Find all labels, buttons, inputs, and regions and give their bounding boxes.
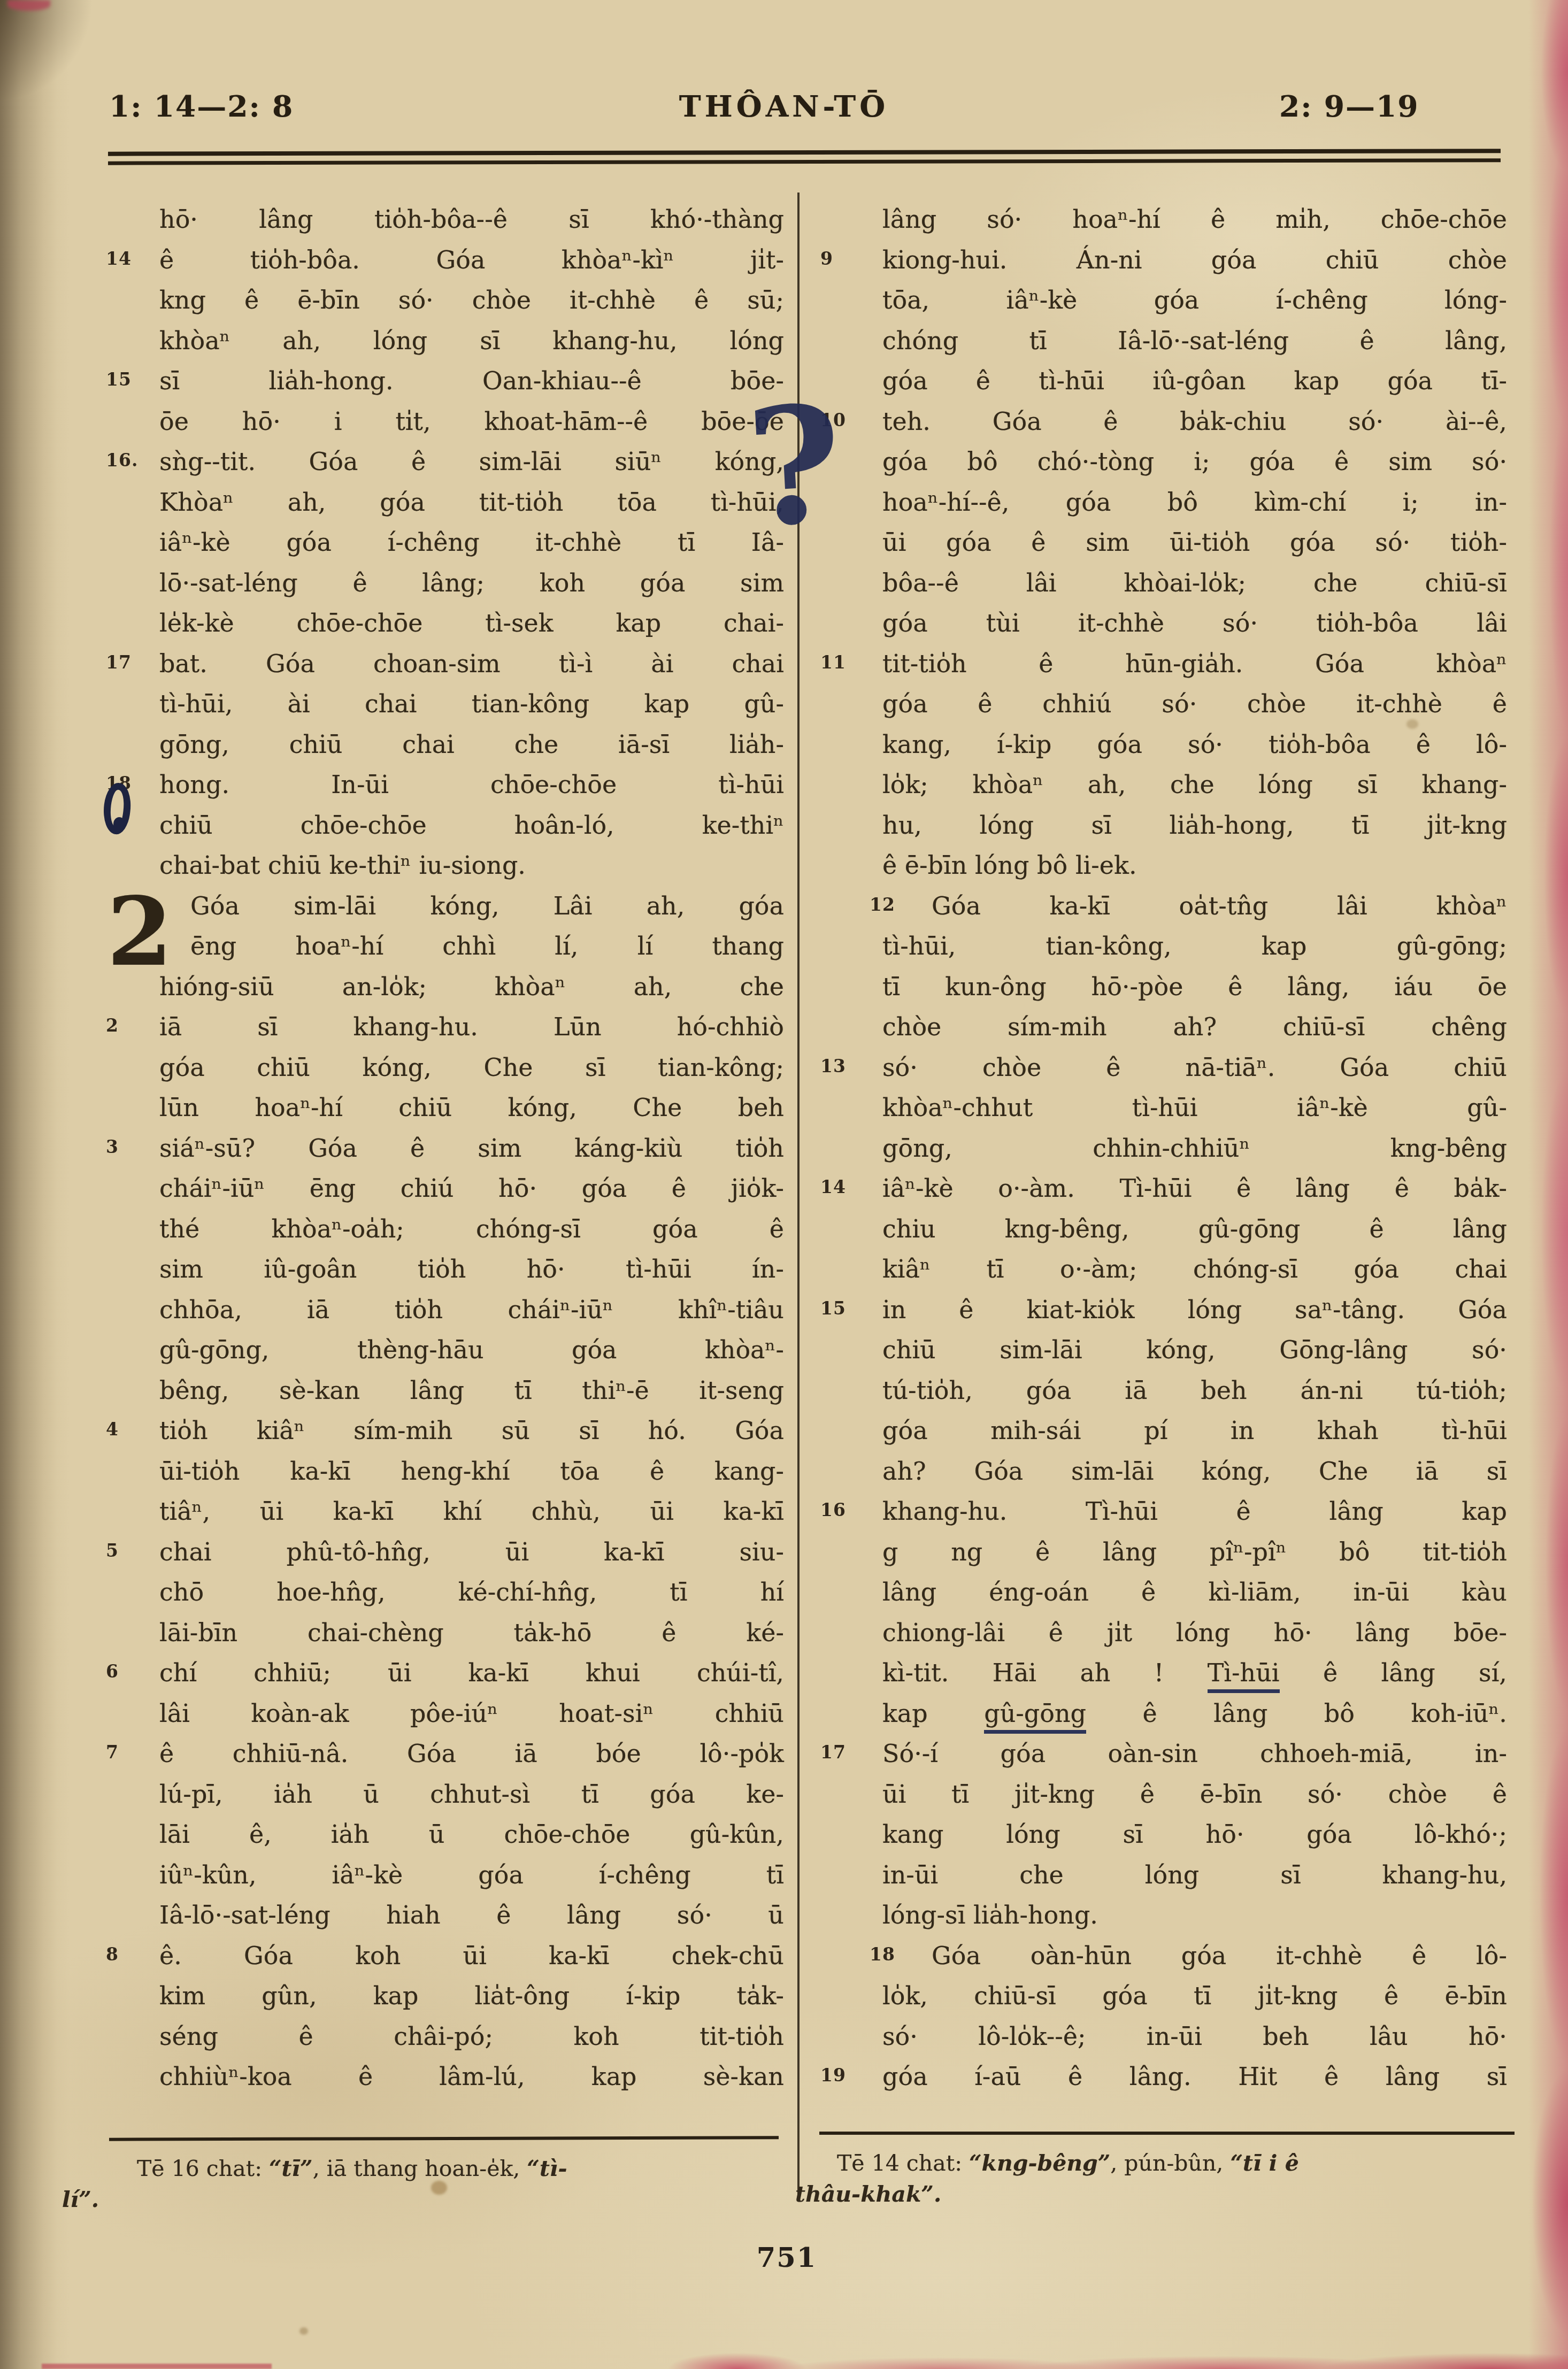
verse-number: 15: [106, 369, 141, 390]
footnote-line: thâu-khak”.: [795, 2179, 1523, 2210]
verse-number: 7: [106, 1742, 141, 1763]
text-line: ê tio̍h-bôa. Góa khòaⁿ-kìⁿ ji̍t-14: [159, 245, 784, 286]
text-line: lo̍k; khòaⁿ ah, che lóng sī khang-: [882, 770, 1507, 811]
verse-number: 18: [820, 1944, 859, 1965]
text-line: góa chiū kóng, Che sī tian-kông;: [159, 1053, 784, 1094]
text-line: ēng hoaⁿ-hí chhì lí, lí thang: [159, 932, 784, 972]
text-line: khòaⁿ ah, lóng sī khang-hu, lóng: [159, 326, 784, 367]
verse-number: 5: [106, 1540, 141, 1561]
verse-number: 2: [106, 1015, 141, 1036]
text-line: tit-tio̍h ê hūn-gia̍h. Góa khòaⁿ11: [882, 649, 1507, 690]
verse-number: 14: [820, 1176, 859, 1197]
text-line: bat. Góa choan-sim tì-ì ài chai17: [159, 649, 784, 690]
footnote-line: Tē 14 chat: “kng-bêng”, pún-bûn, “tī i ê: [795, 2148, 1523, 2179]
footnote-quoted-term: thâu-khak”.: [795, 2181, 941, 2207]
verse-number: 19: [820, 2065, 859, 2086]
text-line: lāi-bīn chai-chèng ta̍k-hō ê ké-: [159, 1618, 784, 1659]
text-line: góa bô chó·-tòng i; góa ê sim só·: [882, 447, 1507, 488]
text-line: Góa sim-lāi kóng, Lâi ah, góa2: [159, 891, 784, 932]
footnote-line: lí”.: [62, 2184, 789, 2215]
text-line: lú-pī, ia̍h ū chhut-sì tī góa ke-: [159, 1780, 784, 1820]
text-line: teh. Góa ê ba̍k-chiu só· ài--ê,10: [882, 407, 1507, 448]
text-line: sim iû-goân tio̍h hō· tì-hūi ín-: [159, 1255, 784, 1295]
text-line: kang lóng sī hō· góa lô-khó·;: [882, 1820, 1507, 1860]
text-line: lo̍k, chiū-sī góa tī ji̍t-kng ê ē-bīn: [882, 1981, 1507, 2022]
text-line: in ê kiat-kio̍k lóng saⁿ-tâng. Góa15: [882, 1295, 1507, 1336]
text-line: hoaⁿ-hí--ê, góa bô kìm-chí i; in-: [882, 488, 1507, 528]
verse-number: 15: [820, 1298, 859, 1319]
running-head-right-reference: 2: 9—19: [1279, 89, 1419, 135]
text-line: hō· lâng tio̍h-bôa--ê sī khó·-thàng: [159, 205, 784, 245]
verse-number: 8: [106, 1944, 141, 1965]
text-line: gōng, chhin-chhiūⁿ kng-bêng: [882, 1134, 1507, 1174]
text-line: sǹg--tit. Góa ê sim-lāi siūⁿ kóng,16.: [159, 447, 784, 488]
footnote-rule-left: [109, 2136, 779, 2141]
text-line: hu, lóng sī lia̍h-hong, tī ji̍t-kng: [882, 811, 1507, 851]
footnote-left: Tē 16 chat: “tī”, iā thang hoan-e̍k, “tì…: [62, 2153, 789, 2215]
text-line: só· chòe ê nā-tiāⁿ. Góa chiū13: [882, 1053, 1507, 1094]
footnote-rule-right: [819, 2132, 1515, 2135]
ink-underline: Tì-hūi: [1208, 1658, 1280, 1693]
verse-number: 9: [820, 248, 859, 269]
text-line: tì-hūi, ài chai tian-kông kap gû-: [159, 689, 784, 730]
text-line: khang-hu. Tì-hūi ê lâng kap16: [882, 1497, 1507, 1537]
text-line: tú-tio̍h, góa iā beh án-ni tú-tio̍h;: [882, 1376, 1507, 1417]
verse-number: 11: [820, 652, 859, 673]
text-line: lâng éng-oán ê kì-liām, in-ūi kàu: [882, 1578, 1507, 1618]
text-line: ūi-tio̍h ka-kī heng-khí tōa ê kang-: [159, 1457, 784, 1497]
footnote-right: Tē 14 chat: “kng-bêng”, pún-bûn, “tī i ê…: [795, 2148, 1523, 2210]
text-line: chiū sim-lāi kóng, Gōng-lâng só·: [882, 1335, 1507, 1376]
red-bottom-sliver: [42, 2364, 272, 2369]
text-line: in-ūi che lóng sī khang-hu,: [882, 1860, 1507, 1901]
text-line: ê ē-bīn lóng bô li-ek.: [882, 851, 1507, 891]
page-number: 751: [731, 2242, 843, 2274]
text-line: Iâ-lō·-sat-léng hiah ê lâng só· ū: [159, 1901, 784, 1941]
text-line: lâng só· hoaⁿ-hí ê mi̍h, chōe-chōe: [882, 205, 1507, 245]
paper-stain: [299, 2327, 308, 2335]
text-line: kap gû-gōng ê lâng bô koh-iūⁿ.: [882, 1699, 1507, 1740]
text-line: ūi tī ji̍t-kng ê ē-bīn só· chòe ê: [882, 1780, 1507, 1820]
text-line: ōe hō· i ti̍t, khoat-hām--ê bōe-ōe: [159, 407, 784, 448]
text-line: tī kun-ông hō·-pòe ê lâng, iáu ōe: [882, 972, 1507, 1013]
text-line: sī lia̍h-hong. Oan-khiau--ê bōe-15: [159, 366, 784, 407]
text-line: chhōa, iā tio̍h cháiⁿ-iūⁿ khîⁿ-tiâu: [159, 1295, 784, 1336]
footnote-text: , pún-bûn,: [1110, 2150, 1230, 2176]
text-line: chiong-lâi ê ji̍t lóng hō· lâng bōe-: [882, 1618, 1507, 1659]
binding-gutter-shadow: [0, 0, 70, 2369]
text-line: chiū chōe-chōe hoân-ló, ke-thiⁿ: [159, 811, 784, 851]
text-line: kì-tit. Hāi ah ! Tì-hūi ê lâng sí,: [882, 1658, 1507, 1699]
text-line: bôa--ê lâi khòai-lo̍k; che chiū-sī: [882, 568, 1507, 609]
footnote-quoted-term: “tī”: [269, 2156, 313, 2181]
handwritten-question-mark: ?: [743, 384, 846, 549]
text-line: ê. Góa koh ūi ka-kī chek-chū8: [159, 1941, 784, 1982]
text-line: góa ê tì-hūi iû-gôan kap góa tī-: [882, 366, 1507, 407]
footnote-quoted-term: “tī i ê: [1230, 2150, 1298, 2176]
text-line: chòe sím-mih ah? chiū-sī chêng: [882, 1012, 1507, 1053]
verse-number: 16: [820, 1499, 859, 1520]
text-line: góa tùi it-chhè só· tio̍h-bôa lâi: [882, 609, 1507, 649]
text-line: cháiⁿ-iūⁿ ēng chiú hō· góa ê jio̍k-: [159, 1174, 784, 1214]
header-double-rule: [108, 149, 1501, 165]
text-line: ê chhiū-nâ. Góa iā bóe lô·-po̍k7: [159, 1739, 784, 1780]
text-line: iûⁿ-kûn, iâⁿ-kè góa í-chêng tī: [159, 1860, 784, 1901]
text-line: chiu kng-bêng, gû-gōng ê lâng: [882, 1214, 1507, 1255]
text-line: bêng, sè-kan lâng tī thiⁿ-ē it-seng: [159, 1376, 784, 1417]
text-line: gû-gōng, thèng-hāu góa khòaⁿ-: [159, 1335, 784, 1376]
text-line: kang, í-kip góa só· tio̍h-bôa ê lô-: [882, 730, 1507, 771]
verse-number: 4: [106, 1419, 141, 1440]
verse-number: 14: [106, 248, 141, 269]
footnote-quoted-term: lí”.: [62, 2187, 99, 2212]
text-line: chai phû-tô-hn̂g, ūi ka-kī siu-5: [159, 1537, 784, 1578]
text-line: gōng, chiū chai che iā-sī lia̍h-: [159, 730, 784, 771]
text-line: kiong-hui. Án-ni góa chiū chòe9: [882, 245, 1507, 286]
text-line: kiâⁿ tī o·-àm; chóng-sī góa chai: [882, 1255, 1507, 1295]
text-line: hióng-siū an-lo̍k; khòaⁿ ah, che: [159, 972, 784, 1013]
text-line: chō hoe-hn̂g, ké-chí-hn̂g, tī hí: [159, 1578, 784, 1618]
text-line: chhiùⁿ-koa ê lâm-lú, kap sè-kan: [159, 2062, 784, 2103]
verse-number: 16.: [106, 450, 141, 471]
text-line: lūn hoaⁿ-hí chiū kóng, Che beh: [159, 1093, 784, 1134]
footnote-text: Tē 14 chat:: [837, 2150, 969, 2176]
text-line: ah? Góa sim-lāi kóng, Che iā sī: [882, 1457, 1507, 1497]
text-line: chóng tī Iâ-lō·-sat-léng ê lâng,: [882, 326, 1507, 367]
right-text-column: lâng só· hoaⁿ-hí ê mi̍h, chōe-chōekiong-…: [882, 205, 1507, 2103]
verse-number: 12: [820, 894, 859, 915]
text-line: só· lô-lo̍k--ê; in-ūi beh lâu hō·: [882, 2022, 1507, 2063]
text-line: Khòaⁿ ah, góa tit-tio̍h tōa tì-hūi,: [159, 488, 784, 528]
text-line: iā sī khang-hu. Lūn hó-chhiò2: [159, 1012, 784, 1053]
pink-fore-edge: [1517, 0, 1568, 2369]
text-line: Góa oàn-hūn góa it-chhè ê lô-18: [882, 1941, 1507, 1982]
text-line: góa mih-sái pí in khah tì-hūi: [882, 1416, 1507, 1457]
text-line: le̍k-kè chōe-chōe tì-sek kap chai-: [159, 609, 784, 649]
footnote-text: Tē 16 chat:: [137, 2156, 269, 2181]
text-line: tio̍h kiâⁿ sím-mih sū sī hó. Góa4: [159, 1416, 784, 1457]
text-line: góa í-aū ê lâng. Hit ê lâng sī19: [882, 2062, 1507, 2103]
text-line: khòaⁿ-chhut tì-hūi iâⁿ-kè gû-: [882, 1093, 1507, 1134]
text-line: lóng-sī lia̍h-hong.: [882, 1901, 1507, 1941]
text-line: iâⁿ-kè o·-àm. Tì-hūi ê lâng ê ba̍k-14: [882, 1174, 1507, 1214]
footnote-quoted-term: “tì-: [527, 2156, 567, 2181]
text-line: tì-hūi, tian-kông, kap gû-gōng;: [882, 932, 1507, 972]
verse-number: 17: [820, 1742, 859, 1763]
text-line: séng ê châi-pó; koh tit-tio̍h: [159, 2022, 784, 2063]
verse-number: 3: [106, 1136, 141, 1157]
verse-number: 13: [820, 1056, 859, 1076]
handwritten-ink-blob-dot: [113, 817, 125, 831]
footnote-quoted-term: “kng-bêng”: [969, 2150, 1110, 2176]
text-line: thé khòaⁿ-oa̍h; chóng-sī góa ê: [159, 1214, 784, 1255]
text-line: góa ê chhiú só· chòe it-chhè ê: [882, 689, 1507, 730]
text-line: Só·-í góa oàn-sin chhoeh-miā, in-17: [882, 1739, 1507, 1780]
text-line: iâⁿ-kè góa í-chêng it-chhè tī Iâ-: [159, 528, 784, 568]
left-text-column: hō· lâng tio̍h-bôa--ê sī khó·-thàngê tio…: [159, 205, 784, 2103]
text-line: chí chhiū; ūi ka-kī khui chúi-tî,6: [159, 1658, 784, 1699]
text-line: kim gûn, kap lia̍t-ông í-kip ta̍k-: [159, 1981, 784, 2022]
text-line: hong. In-ūi chōe-chōe tì-hūi18: [159, 770, 784, 811]
text-line: tōa, iâⁿ-kè góa í-chêng lóng-: [882, 286, 1507, 326]
footnote-text: , iā thang hoan-e̍k,: [313, 2156, 527, 2181]
red-edge-smudge: [7, 0, 50, 11]
verse-number: 17: [106, 652, 141, 673]
text-line: Góa ka-kī oa̍t-tn̂g lâi khòaⁿ12: [882, 891, 1507, 932]
text-line: lāi ê, ia̍h ū chōe-chōe gû-kûn,: [159, 1820, 784, 1860]
footnote-line: Tē 16 chat: “tī”, iā thang hoan-e̍k, “tì…: [62, 2153, 789, 2184]
text-line: chai-bat chiū ke-thiⁿ iu-siong.: [159, 851, 784, 891]
text-line: siáⁿ-sū? Góa ê sim káng-kiù tio̍h3: [159, 1134, 784, 1174]
text-line: kng ê ē-bīn só· chòe it-chhè ê sū;: [159, 286, 784, 326]
text-line: tiâⁿ, ūi ka-kī khí chhù, ūi ka-kī: [159, 1497, 784, 1537]
ink-underline: gû-gōng: [984, 1699, 1086, 1734]
verse-number: 6: [106, 1661, 141, 1682]
text-line: g ng ê lâng pîⁿ-pîⁿ bô tit-tio̍h: [882, 1537, 1507, 1578]
text-line: ūi góa ê sim ūi-tio̍h góa só· tio̍h-: [882, 528, 1507, 568]
text-line: lō·-sat-léng ê lâng; koh góa sim: [159, 568, 784, 609]
text-line: lâi koàn-ak pôe-iúⁿ hoat-siⁿ chhiū: [159, 1699, 784, 1740]
book-page: 1: 14—2: 8 THÔAN-TŌ 2: 9—19 hō· lâng tio…: [0, 0, 1568, 2369]
binding-corner-shadow: [0, 0, 139, 171]
